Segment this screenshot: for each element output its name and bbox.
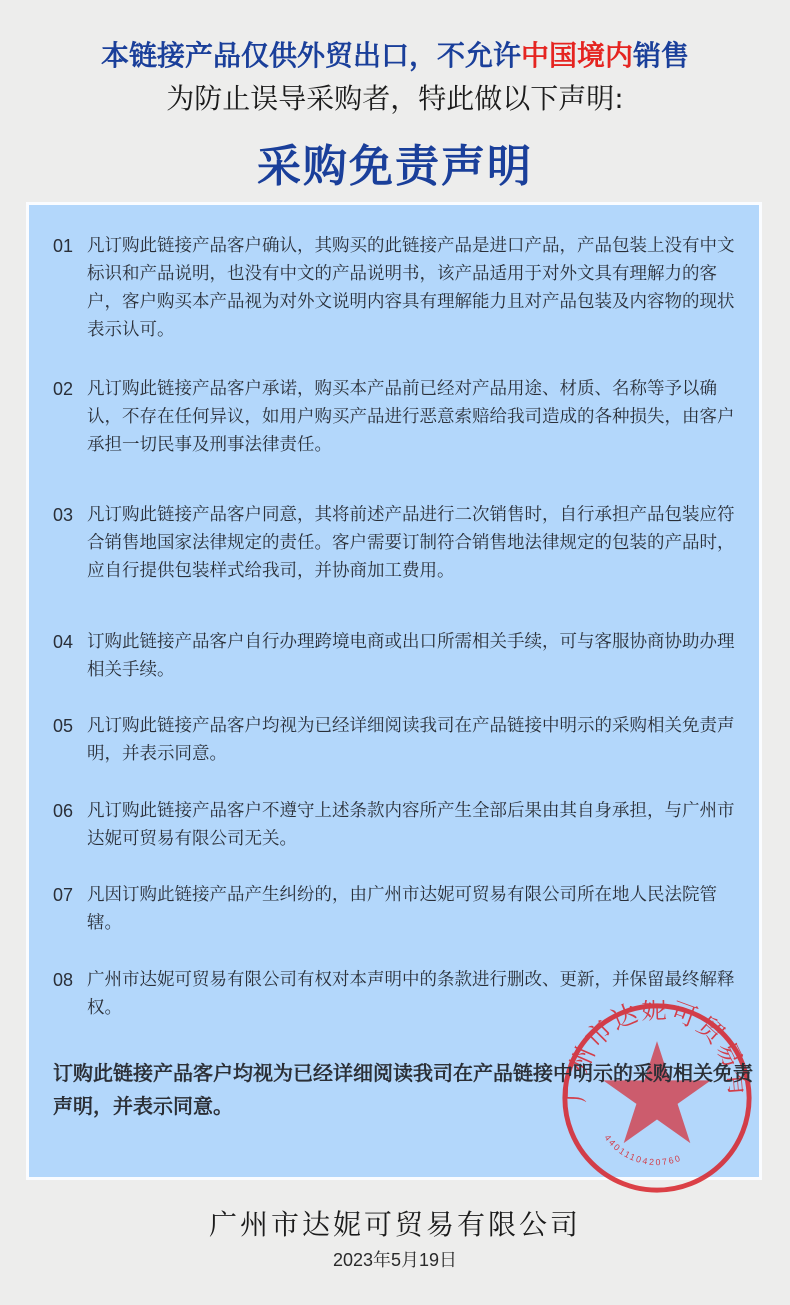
- svg-text:4401110420760: 4401110420760: [602, 1133, 683, 1167]
- clause-number: 02: [53, 375, 87, 403]
- clause-text: 凡订购此链接产品客户承诺，购买本产品前已经对产品用途、材质、名称等予以确认，不存…: [87, 375, 743, 459]
- clause-number: 01: [53, 232, 87, 260]
- headline-highlight: 中国境内: [521, 39, 633, 72]
- clause-text: 凡订购此链接产品客户同意，其将前述产品进行二次销售时，自行承担产品包装应符合销售…: [87, 501, 743, 585]
- clause-07: 07 凡因订购此链接产品产生纠纷的，由广州市达妮可贸易有限公司所在地人民法院管辖…: [53, 881, 743, 937]
- clause-02: 02 凡订购此链接产品客户承诺，购买本产品前已经对产品用途、材质、名称等予以确认…: [53, 375, 743, 459]
- clause-number: 03: [53, 501, 87, 529]
- clause-03: 03 凡订购此链接产品客户同意，其将前述产品进行二次销售时，自行承担产品包装应符…: [53, 501, 743, 585]
- seal-code: 4401110420760: [602, 1133, 683, 1167]
- page-title: 采购免责声明: [0, 130, 790, 194]
- clause-04: 04 订购此链接产品客户自行办理跨境电商或出口所需相关手续，可与客服协商协助办理…: [53, 628, 743, 684]
- clause-text: 凡因订购此链接产品产生纠纷的，由广州市达妮可贸易有限公司所在地人民法院管辖。: [87, 881, 743, 937]
- clause-01: 01 凡订购此链接产品客户确认，其购买的此链接产品是进口产品，产品包装上没有中文…: [53, 232, 743, 344]
- clause-number: 08: [53, 966, 87, 994]
- disclaimer-card: 01 凡订购此链接产品客户确认，其购买的此链接产品是进口产品，产品包装上没有中文…: [26, 202, 762, 1180]
- clause-number: 05: [53, 712, 87, 740]
- clause-number: 07: [53, 881, 87, 909]
- clause-05: 05 凡订购此链接产品客户均视为已经详细阅读我司在产品链接中明示的采购相关免责声…: [53, 712, 743, 768]
- headline-part2: 销售: [633, 39, 689, 72]
- clause-number: 04: [53, 628, 87, 656]
- headline-part1: 本链接产品仅供外贸出口，不允许: [101, 39, 521, 72]
- export-only-headline: 本链接产品仅供外贸出口，不允许中国境内销售: [0, 34, 790, 74]
- clause-text: 凡订购此链接产品客户均视为已经详细阅读我司在产品链接中明示的采购相关免责声明，并…: [87, 712, 743, 768]
- clause-text: 订购此链接产品客户自行办理跨境电商或出口所需相关手续，可与客服协商协助办理相关手…: [87, 628, 743, 684]
- company-name: 广州市达妮可贸易有限公司: [0, 1203, 790, 1243]
- declaration-intro: 为防止误导采购者，特此做以下声明:: [0, 77, 790, 117]
- summary-statement: 订购此链接产品客户均视为已经详细阅读我司在产品链接中明示的采购相关免责声明，并表…: [53, 1057, 753, 1123]
- declaration-date: 2023年5月19日: [0, 1246, 790, 1272]
- clause-06: 06 凡订购此链接产品客户不遵守上述条款内容所产生全部后果由其自身承担，与广州市…: [53, 797, 743, 853]
- clause-number: 06: [53, 797, 87, 825]
- clause-text: 凡订购此链接产品客户确认，其购买的此链接产品是进口产品，产品包装上没有中文标识和…: [87, 232, 743, 344]
- clause-text: 凡订购此链接产品客户不遵守上述条款内容所产生全部后果由其自身承担，与广州市达妮可…: [87, 797, 743, 853]
